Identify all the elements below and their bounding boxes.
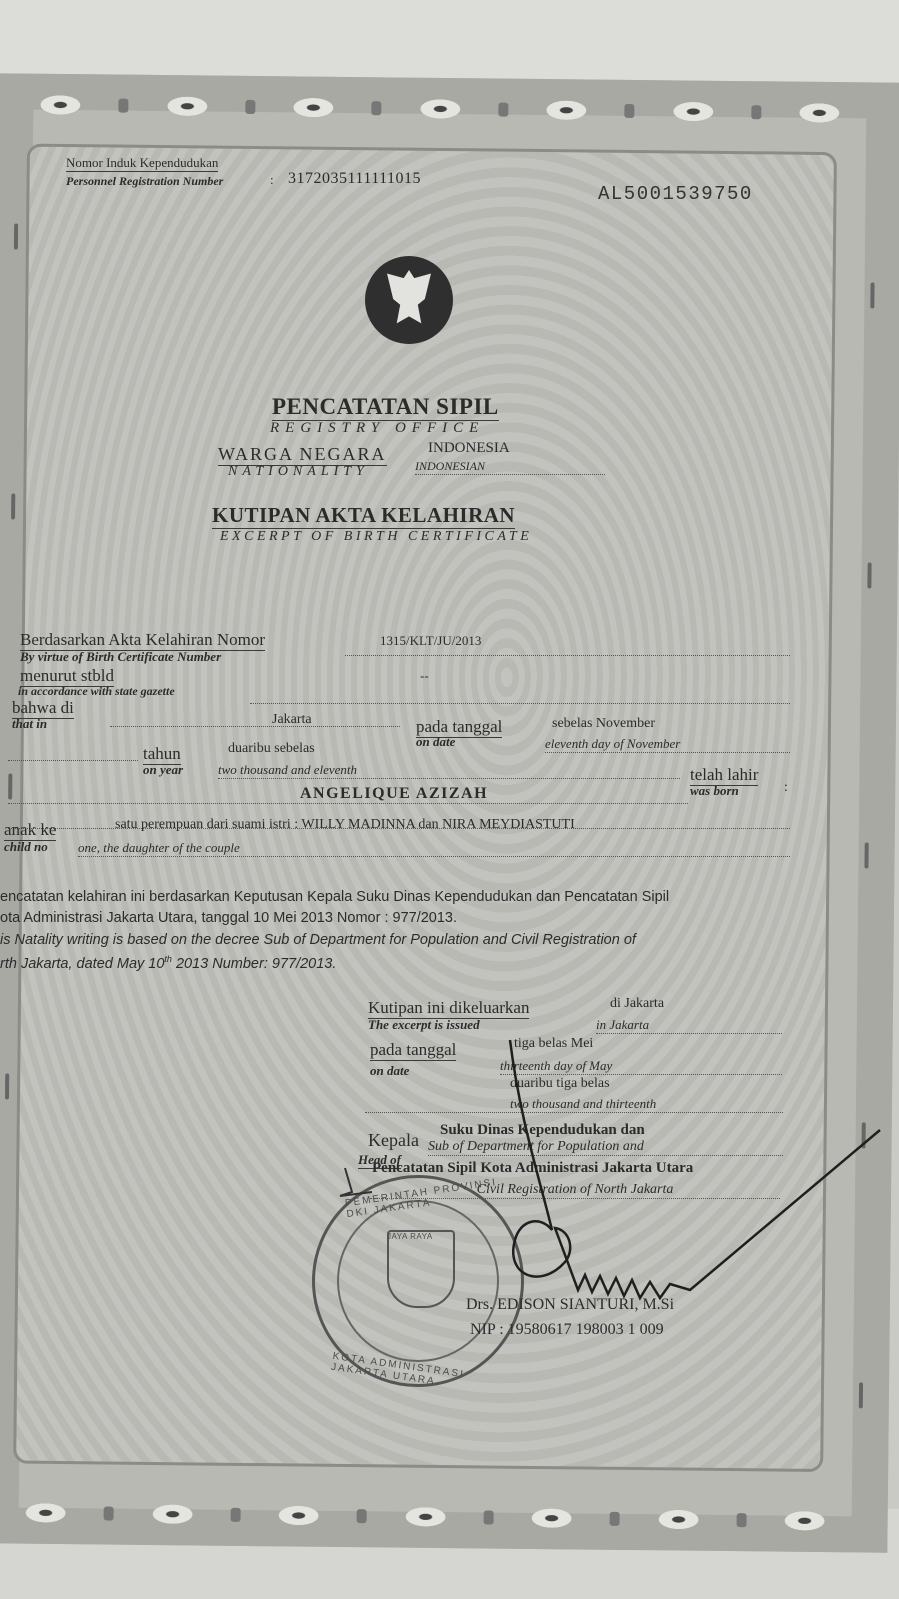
signature-icon	[0, 0, 899, 1599]
